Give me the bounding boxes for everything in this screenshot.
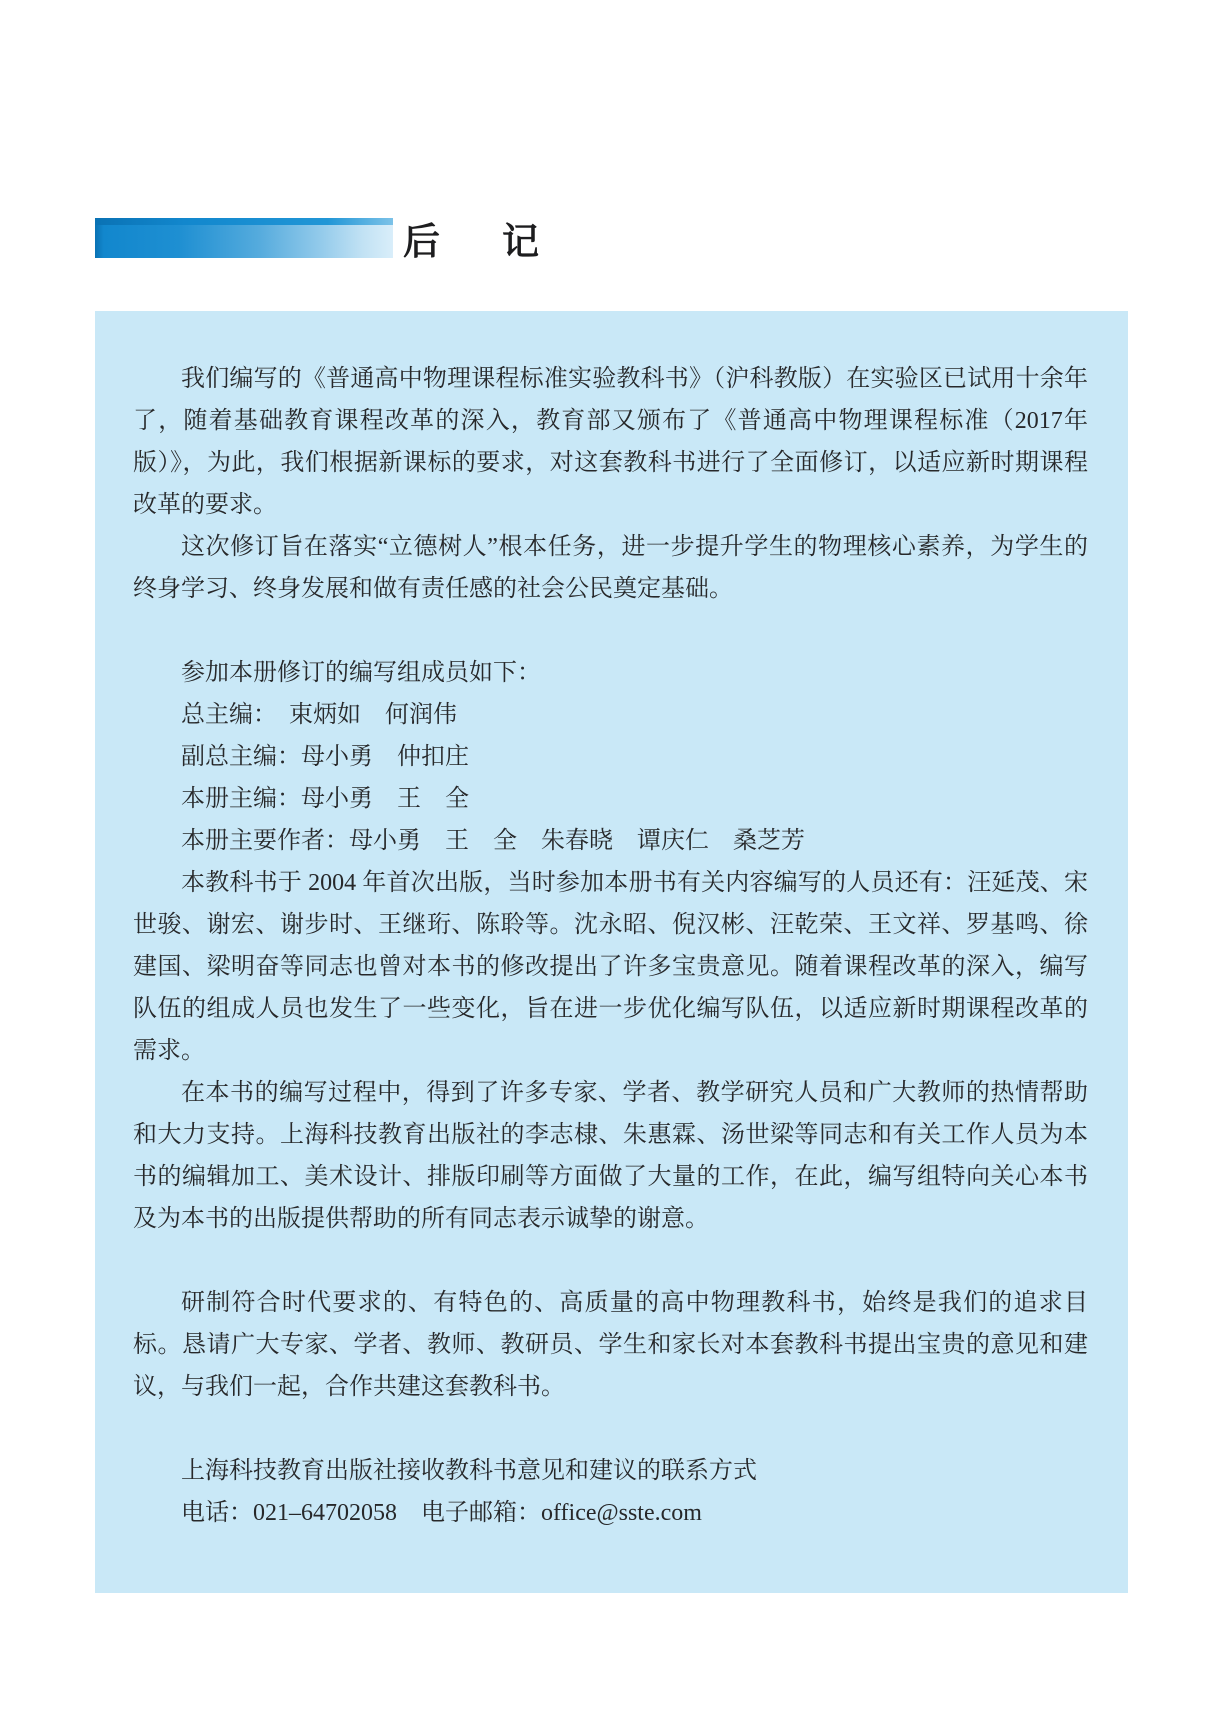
line-volume-editors: 本册主编：母小勇 王 全 bbox=[133, 778, 1088, 820]
paragraph-lide-shuren: 这次修订旨在落实“立德树人”根本任务，进一步提升学生的物理核心素养，为学生的终身… bbox=[133, 526, 1088, 610]
title-gradient-bar bbox=[95, 218, 393, 258]
page-title-char-left: 后 bbox=[403, 222, 440, 262]
paragraph-revision-intro: 我们编写的《普通高中物理课程标准实验教科书》（沪科教版）在实验区已试用十余年了，… bbox=[133, 358, 1088, 526]
content-panel: 我们编写的《普通高中物理课程标准实验教科书》（沪科教版）在实验区已试用十余年了，… bbox=[95, 311, 1128, 1593]
line-chief-editors: 总主编： 束炳如 何润伟 bbox=[133, 694, 1088, 736]
page-title-char-right: 记 bbox=[502, 222, 539, 262]
afterword-page: 后 记 我们编写的《普通高中物理课程标准实验教科书》（沪科教版）在实验区已试用十… bbox=[0, 0, 1224, 1717]
line-contact-details: 电话：021–64702058 电子邮箱：office@sste.com bbox=[133, 1492, 1088, 1534]
line-volume-authors: 本册主要作者：母小勇 王 全 朱春晓 谭庆仁 桑芝芳 bbox=[133, 820, 1088, 862]
content-panel-text: 我们编写的《普通高中物理课程标准实验教科书》（沪科教版）在实验区已试用十余年了，… bbox=[95, 311, 1128, 1534]
page-header: 后 记 bbox=[95, 218, 1128, 264]
line-deputy-chief-editors: 副总主编：母小勇 仲扣庄 bbox=[133, 736, 1088, 778]
line-contact-heading: 上海科技教育出版社接收教科书意见和建议的联系方式 bbox=[133, 1450, 1088, 1492]
paragraph-publication-history: 本教科书于 2004 年首次出版，当时参加本册书有关内容编写的人员还有：汪延茂、… bbox=[133, 862, 1088, 1072]
paragraph-goal-and-invitation: 研制符合时代要求的、有特色的、高质量的高中物理教科书，始终是我们的追求目标。恳请… bbox=[133, 1282, 1088, 1408]
paragraph-acknowledgements: 在本书的编写过程中，得到了许多专家、学者、教学研究人员和广大教师的热情帮助和大力… bbox=[133, 1072, 1088, 1240]
page-title: 后 记 bbox=[403, 222, 539, 262]
line-roster-heading: 参加本册修订的编写组成员如下： bbox=[133, 652, 1088, 694]
